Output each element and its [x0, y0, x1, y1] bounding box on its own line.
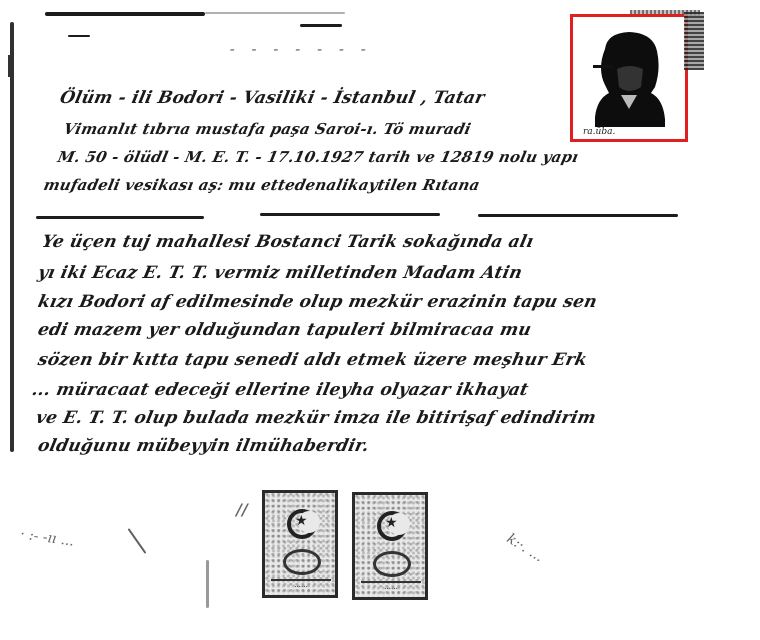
section-divider-mid — [260, 213, 440, 216]
applicant-photo-frame: ra.üba. — [570, 14, 688, 142]
stamp-value: ...... — [361, 581, 421, 593]
scanned-document: - - - - - - - Ölüm - ili Bodori - Vasili… — [0, 0, 760, 640]
main-paragraph-line-8: olduğunu mübeyyin ilmühaberdir. — [36, 436, 371, 456]
top-rule — [45, 12, 205, 16]
main-paragraph-line-7: ve E. T. T. olup bulada mezkür imza ile … — [34, 408, 598, 428]
stamp-mark: // — [236, 500, 248, 519]
bottom-left-stroke — [128, 528, 147, 554]
stamp-value: ...... — [271, 579, 331, 591]
main-paragraph-line-5: sözen bir kıtta tapu senedi aldı etmek ü… — [36, 350, 589, 370]
photo-caption: ra.üba. — [583, 127, 615, 137]
main-paragraph-line-2: yı iki Ecaz E. T. T. vermiz milletinden … — [36, 263, 524, 283]
section-divider-right — [478, 214, 678, 217]
photo-seal-strip — [684, 12, 704, 70]
stamp-side-dots — [206, 560, 209, 608]
top-right-dash — [300, 24, 342, 27]
emblem-icon — [373, 551, 411, 577]
main-paragraph-line-3: kızı Bodori af edilmesinde olup mezkür e… — [36, 292, 599, 312]
margin-tick — [8, 55, 10, 77]
bottom-right-faded-notes: k:·. ... — [504, 531, 546, 566]
portrait-photo-icon — [591, 29, 667, 127]
main-paragraph-line-6: ... müracaat edeceği ellerine ileyha oly… — [30, 380, 530, 400]
top-rule-faint — [205, 12, 345, 14]
star-icon: ★ — [385, 515, 398, 531]
binding-edge-line — [10, 22, 14, 452]
revenue-stamp-2: ★ ...... — [352, 492, 428, 600]
top-paragraph-line-3: M. 50 - ölüdl - M. E. T. - 17.10.1927 ta… — [56, 148, 580, 166]
emblem-icon — [283, 549, 321, 575]
document-header: - - - - - - - — [228, 40, 374, 58]
top-paragraph-line-1: Ölüm - ili Bodori - Vasiliki - İstanbul … — [58, 88, 486, 108]
revenue-stamp-1: ★ ...... — [262, 490, 338, 598]
top-paragraph-line-2: Vimanlıt tıbrıa mustafa paşa Saroi-ı. Tö… — [62, 120, 473, 138]
section-divider-left — [36, 216, 204, 219]
top-paragraph-line-4: mufadeli vesikası aş: mu ettedenalikayti… — [42, 176, 481, 194]
star-icon: ★ — [295, 513, 308, 529]
top-left-dash — [68, 35, 90, 37]
main-paragraph-line-4: edi mazem yer olduğundan tapuleri bilmir… — [36, 320, 533, 340]
bottom-left-faded-notes: · :- -ıı ... — [19, 526, 75, 549]
main-paragraph-line-1: Ye üçen tuj mahallesi Bostanci Tarik sok… — [40, 232, 535, 252]
